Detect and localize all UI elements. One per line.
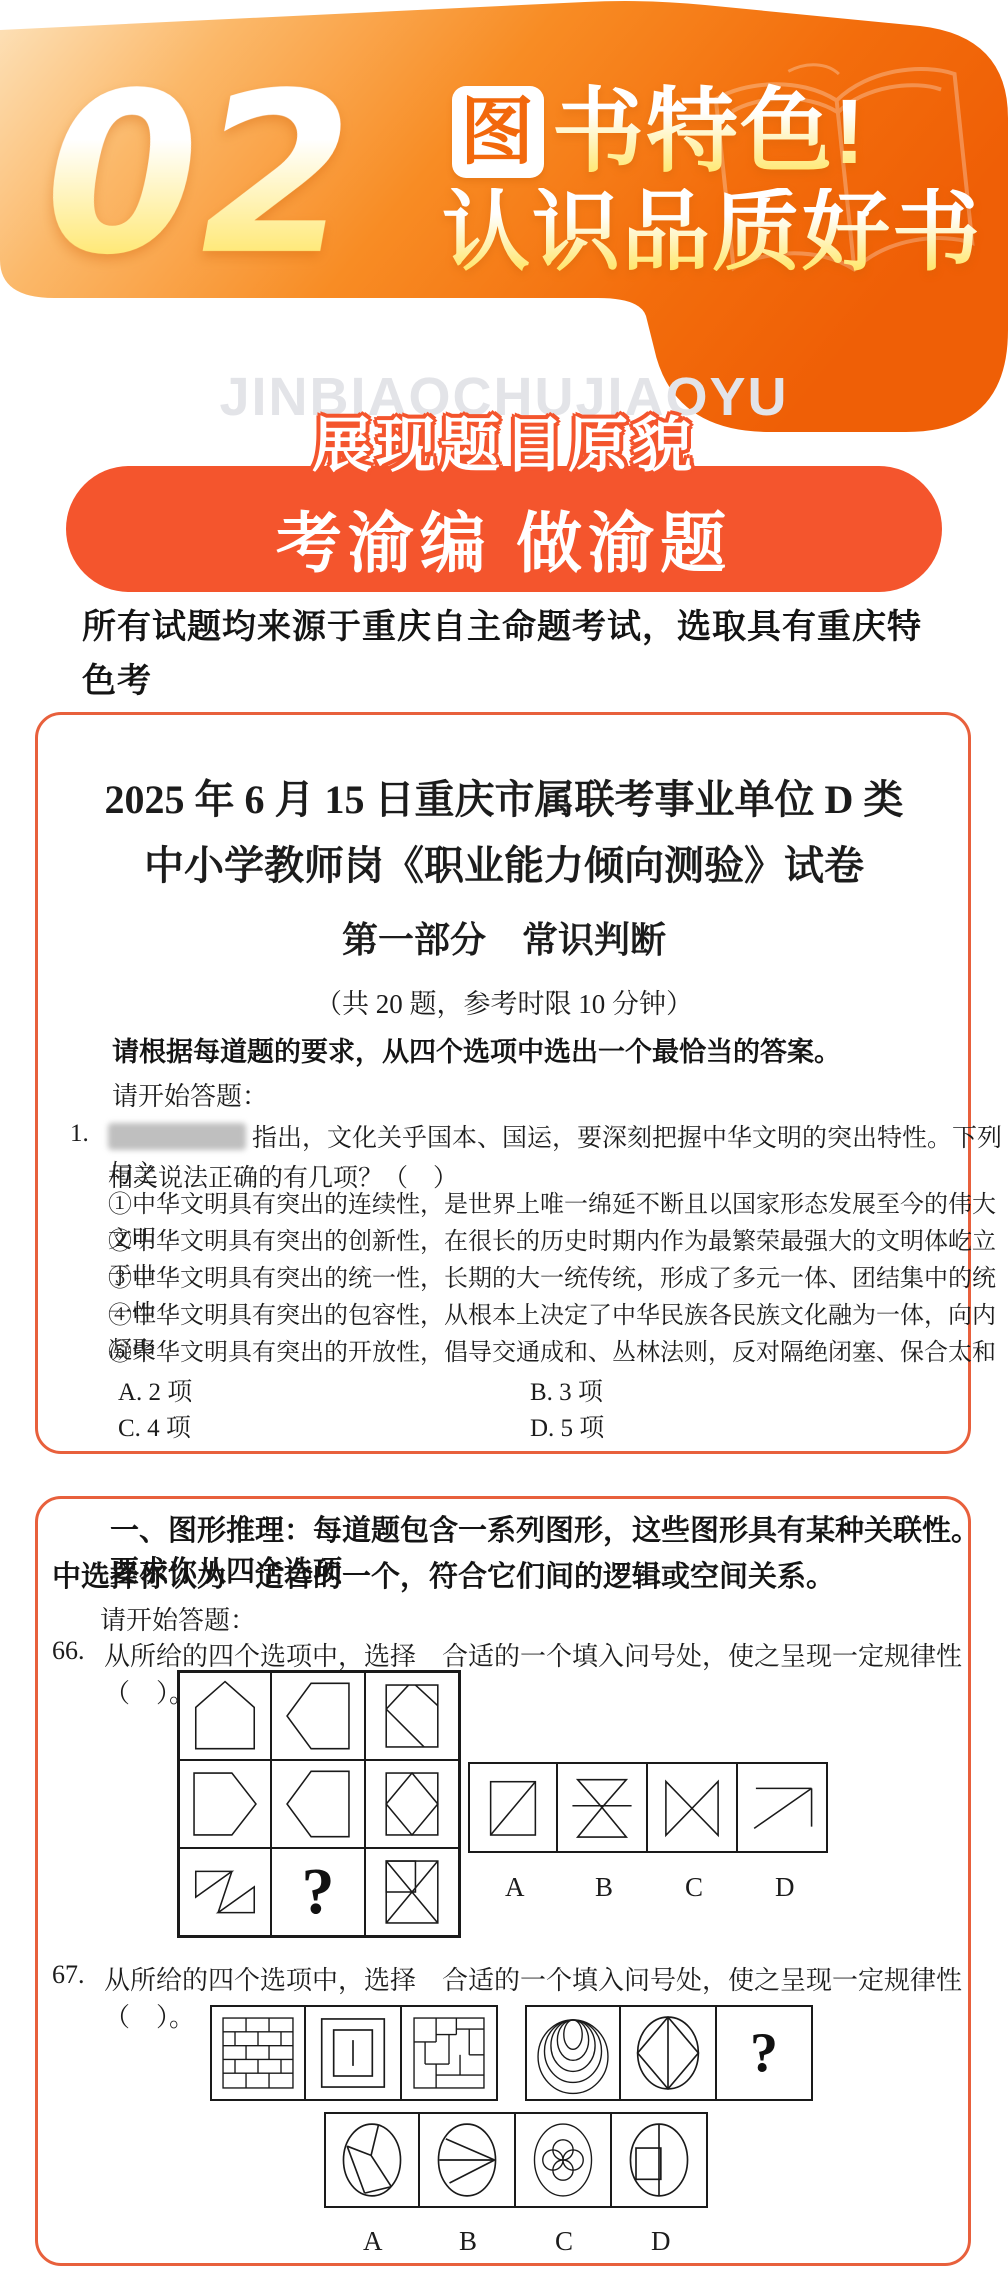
q67-brick-figure <box>210 2005 306 2101</box>
question67-number: 67. <box>52 1960 85 1990</box>
q66-cell-r1c3 <box>366 1671 460 1761</box>
q67-option-b-figure <box>420 2112 516 2208</box>
q66-cell-r3c2: ? <box>272 1847 366 1937</box>
promo-page: 02 图书特色! 认识品质好书 JINBIAOCHUJIAOYU 展现题目原貌 … <box>0 0 1008 2284</box>
q66-cell-r3c1 <box>178 1847 272 1937</box>
paper-instruction: 请根据每道题的要求，从四个选项中选出一个最恰当的答案。 <box>112 1030 841 1069</box>
badge-line2: 考渝编 做渝题 <box>0 490 1008 585</box>
q67-nested-rects-figure <box>306 2005 402 2101</box>
q66-cell-r1c2 <box>272 1671 366 1761</box>
badge-line1: 展现题目原貌 <box>0 398 1008 484</box>
redacted-name-blur <box>108 1123 246 1150</box>
question66-number: 66. <box>52 1636 85 1666</box>
q66-question-mark: ? <box>272 1849 364 1935</box>
q66-option-a-figure <box>468 1762 558 1853</box>
q66-option-d-figure <box>738 1762 828 1853</box>
q67-label-c: C <box>555 2226 573 2257</box>
paper-begin-prompt: 请开始答题： <box>112 1076 268 1113</box>
card2-begin-prompt: 请开始答题： <box>100 1600 256 1637</box>
banner-title-line2: 认识品质好书 <box>442 188 982 276</box>
banner-title-line1: 图书特色! <box>452 86 867 178</box>
q67-option-a-figure <box>324 2112 420 2208</box>
q67-option-c-figure <box>516 2112 612 2208</box>
section-number: 02 <box>24 64 372 286</box>
question1-number: 1. <box>70 1120 89 1148</box>
q67-label-d: D <box>651 2226 671 2257</box>
banner-title-line1-rest: 书特色! <box>552 81 867 183</box>
q1-option-c: C. 4 项 <box>118 1408 191 1444</box>
q66-label-d: D <box>775 1872 795 1903</box>
q67-question-mark: ? <box>717 2007 811 2099</box>
q67-maze-figure <box>402 2005 498 2101</box>
q67-label-b: B <box>459 2226 477 2257</box>
q1-option-b: B. 3 项 <box>530 1372 603 1408</box>
boxed-character: 图 <box>452 86 544 178</box>
q66-cell-r1c1 <box>178 1671 272 1761</box>
q66-label-a: A <box>505 1872 525 1903</box>
paper-meta: （共 20 题，参考时限 10 分钟） <box>0 982 1008 1021</box>
q66-cell-r2c2 <box>272 1759 366 1849</box>
q66-cell-r2c3 <box>366 1759 460 1849</box>
statement-5: ⑤中华文明具有突出的开放性，倡导交通成和、丛林法则，反对隔绝闭塞、保合太和 <box>108 1332 996 1367</box>
q1-option-a: A. 2 项 <box>118 1372 192 1408</box>
q67-option-d-figure <box>612 2112 708 2208</box>
q66-option-c-figure <box>648 1762 738 1853</box>
q67-group1 <box>210 2005 498 2101</box>
q66-options-strip <box>468 1762 828 1853</box>
q1-option-d: D. 5 项 <box>530 1408 604 1444</box>
paper-section-heading: 第一部分 常识判断 <box>0 912 1008 963</box>
q66-matrix: ? <box>177 1670 461 1938</box>
q67-group2: ? <box>525 2005 813 2101</box>
paper-title-line2: 中小学教师岗《职业能力倾向测验》试卷 <box>0 834 1008 891</box>
q67-label-a: A <box>363 2226 383 2257</box>
q66-cell-r3c3 <box>366 1847 460 1937</box>
paper-title-line1: 2025 年 6 月 15 日重庆市属联考事业单位 D 类 <box>0 768 1008 825</box>
q67-nested-ellipses-figure <box>525 2005 621 2101</box>
q66-cell-r2c1 <box>178 1759 272 1849</box>
q66-label-b: B <box>595 1872 613 1903</box>
q66-option-b-figure <box>558 1762 648 1853</box>
q66-label-c: C <box>685 1872 703 1903</box>
q67-question-cell: ? <box>717 2005 813 2101</box>
q67-ellipse-diamond-figure <box>621 2005 717 2101</box>
q67-options-strip <box>324 2112 708 2208</box>
card2-intro-line2: 中选择你认为 适合的一个，符合它们间的逻辑或空间关系。 <box>52 1554 835 1595</box>
intro-line1: 所有试题均来源于重庆自主命题考试，选取具有重庆特色考 <box>82 600 932 708</box>
